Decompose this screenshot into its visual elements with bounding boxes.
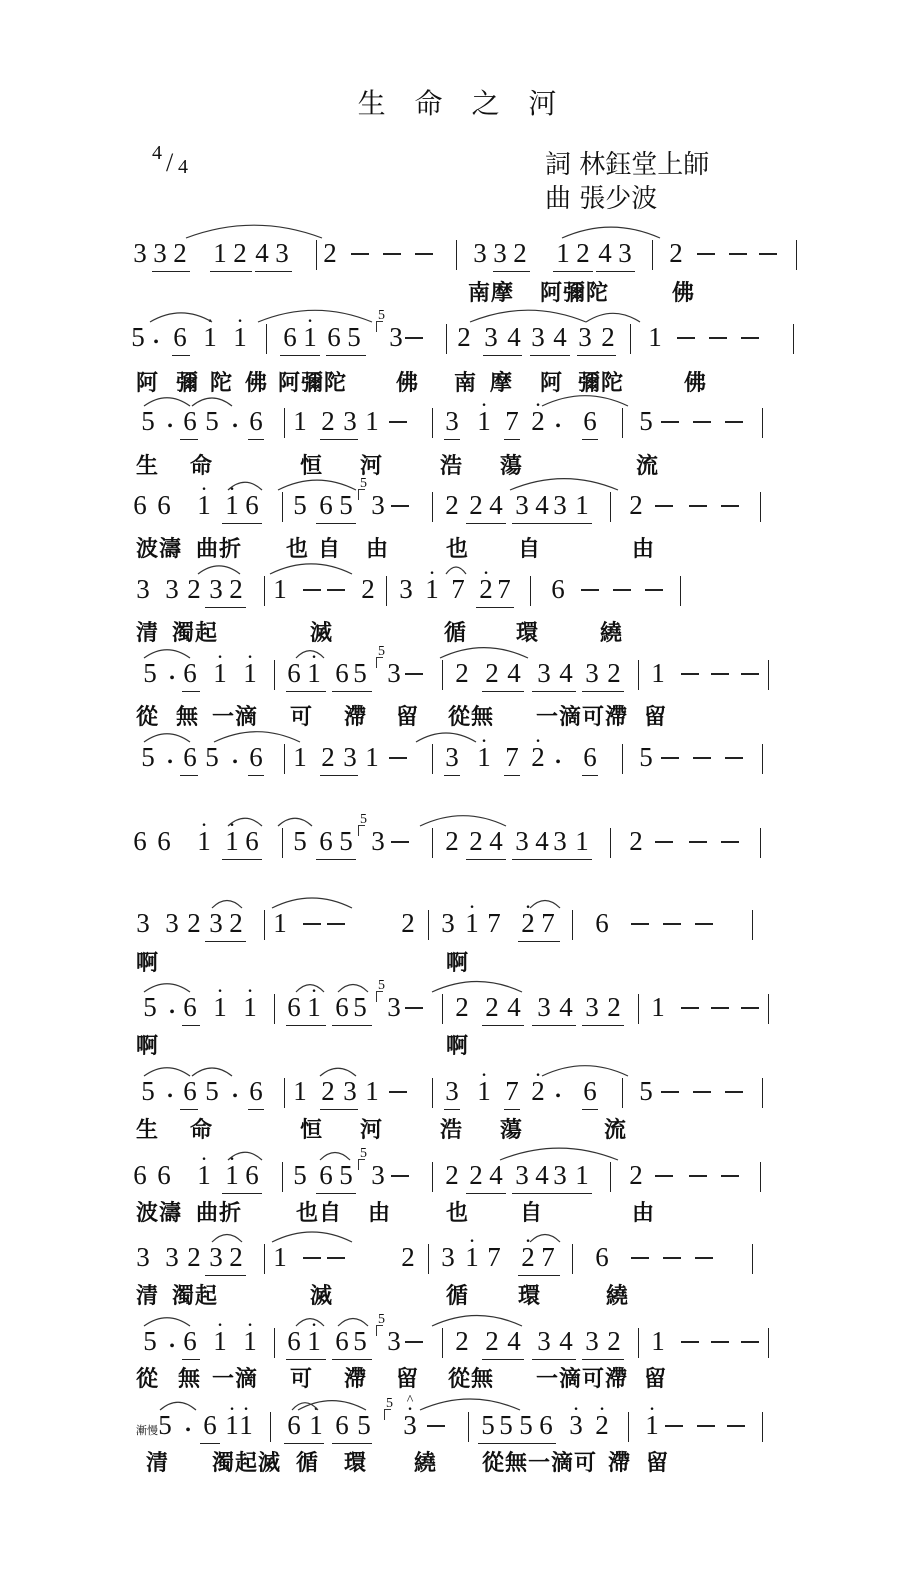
note: 1: [651, 658, 665, 688]
eighth-underline: [222, 859, 262, 860]
lyric-syllable: 繞: [600, 616, 623, 647]
note: 2: [629, 490, 643, 520]
note: 3: [165, 908, 179, 938]
note: 5: [353, 992, 367, 1022]
slur-arc: [212, 1235, 242, 1243]
note: 1·: [465, 908, 479, 938]
note: 5: [499, 1410, 513, 1440]
note: 1·: [203, 322, 217, 352]
eighth-underline: [152, 271, 190, 272]
octave-dot: ·: [428, 568, 435, 578]
note: 6: [173, 322, 187, 352]
note: 3: [441, 908, 455, 938]
eighth-underline: [478, 1443, 516, 1444]
note: 1·: [477, 742, 491, 772]
note: 1·: [233, 322, 247, 352]
note: 6: [183, 742, 197, 772]
sustain-dash: [661, 757, 679, 759]
note: 1: [293, 406, 307, 436]
eighth-underline: [180, 775, 198, 776]
tempo-marking: 漸慢: [136, 1422, 158, 1438]
barline: [762, 408, 763, 438]
sustain-dash: [303, 1257, 321, 1259]
note: 1·: [197, 1160, 211, 1190]
note: 1·: [309, 1410, 323, 1440]
octave-dot: ·: [468, 1236, 475, 1246]
note: 2: [323, 238, 337, 268]
lyric-syllable: 阿: [136, 366, 159, 397]
note: 3: [153, 238, 167, 268]
dotted-rhythm: •: [555, 1082, 561, 1112]
slur-arc: [420, 816, 506, 826]
lyric-syllable: 一滴: [212, 700, 258, 731]
slur-arc: [530, 1235, 560, 1243]
note: 5: [143, 658, 157, 688]
note: 1·: [477, 1076, 491, 1106]
slur-arc: [144, 984, 190, 992]
lyrics-line: 波濤曲折也自由也自由: [0, 1196, 924, 1226]
barline: [760, 828, 761, 858]
sustain-dash: [383, 253, 401, 255]
eighth-underline: [582, 439, 598, 440]
note: 3: [275, 238, 289, 268]
lyrics-line: 生命恒河浩蕩流: [0, 449, 924, 479]
barline: [760, 1162, 761, 1192]
dotted-rhythm: •: [555, 748, 561, 778]
note: 6: [595, 1242, 609, 1272]
song-title: 生 命 之 河: [0, 82, 924, 122]
note: 5: [639, 406, 653, 436]
slur-arc: [586, 313, 640, 322]
note: 4: [559, 992, 573, 1022]
lyric-syllable: 自: [520, 1196, 543, 1227]
barline: [760, 492, 761, 522]
note: 3: [493, 238, 507, 268]
note: 7: [505, 406, 519, 436]
eighth-underline: [516, 1443, 556, 1444]
lyric-syllable: 也: [286, 532, 309, 563]
octave-dot: ·: [236, 316, 243, 326]
note: 6: [287, 1326, 301, 1356]
sustain-dash: [427, 1425, 445, 1427]
barline: [762, 1078, 763, 1108]
eighth-underline: [255, 271, 292, 272]
eighth-underline: [222, 523, 262, 524]
sustain-dash: [725, 421, 743, 423]
lyric-syllable: 陀: [210, 366, 233, 397]
eighth-underline: [512, 859, 552, 860]
lyric-syllable: 繞: [414, 1446, 437, 1477]
lyric-syllable: 環: [518, 1279, 541, 1310]
sustain-dash: [405, 1007, 423, 1009]
lyric-syllable: 流: [604, 1113, 627, 1144]
lyric-syllable: 命: [190, 1113, 213, 1144]
octave-dot: ·: [572, 1404, 579, 1414]
note: 5: [481, 1410, 495, 1440]
sustain-dash: [677, 337, 695, 339]
lyrics-line: 清濁起滅循環繞從無一滴可滯留: [0, 1446, 924, 1476]
eighth-underline: [280, 355, 320, 356]
eighth-underline: [172, 355, 190, 356]
note: 1·: [197, 490, 211, 520]
note: 4: [507, 992, 521, 1022]
note: 1: [365, 1076, 379, 1106]
note: 1: [273, 1242, 287, 1272]
octave-dot: ·: [216, 652, 223, 662]
lyric-syllable: 濁起: [172, 1279, 218, 1310]
sustain-dash: [697, 253, 715, 255]
lyric-syllable: 自: [318, 532, 341, 563]
eighth-underline: [248, 1109, 264, 1110]
fermata-icon: ^: [407, 1396, 414, 1406]
note: 6: [583, 406, 597, 436]
eighth-underline: [248, 775, 264, 776]
note: 4: [535, 826, 549, 856]
lyric-syllable: 留: [396, 1362, 419, 1393]
note: 1: [575, 490, 589, 520]
note: 2·: [531, 1076, 545, 1106]
note: 5: [143, 1326, 157, 1356]
note: 4: [507, 322, 521, 352]
sustain-dash: [741, 337, 759, 339]
barline: [752, 1244, 753, 1274]
note: 6: [287, 658, 301, 688]
note: 5: [158, 1410, 172, 1440]
sustain-dash: [327, 923, 345, 925]
lyric-syllable: 恒: [300, 449, 323, 480]
slur-arc: [270, 564, 352, 574]
octave-dot: ·: [200, 1154, 207, 1164]
barline: [446, 324, 447, 354]
octave-dot: ·: [524, 1236, 531, 1246]
eighth-underline: [180, 439, 198, 440]
note: 6: [249, 742, 263, 772]
dotted-rhythm: •: [169, 1332, 175, 1362]
dotted-rhythm: •: [232, 412, 238, 442]
eighth-underline: [332, 691, 372, 692]
eighth-underline: [512, 523, 552, 524]
note: 3: [578, 322, 592, 352]
sustain-dash: [711, 1007, 729, 1009]
sustain-dash: [389, 757, 407, 759]
eighth-underline: [518, 1275, 560, 1276]
lyric-syllable: 彌: [176, 366, 199, 397]
sustain-dash: [725, 1091, 743, 1093]
note: 1·: [213, 1326, 227, 1356]
sustain-dash: [725, 757, 743, 759]
lyric-syllable: 摩: [490, 366, 513, 397]
lyric-syllable: 滅: [310, 616, 333, 647]
note: 2: [469, 1160, 483, 1190]
note: 3: [515, 1160, 529, 1190]
octave-dot: ·: [228, 1154, 235, 1164]
note: 2: [607, 1326, 621, 1356]
sustain-dash: [681, 1007, 699, 1009]
sustain-dash: [631, 923, 649, 925]
slur-arc: [420, 1399, 520, 1410]
note: 2: [457, 322, 471, 352]
note: 3: [371, 490, 385, 520]
note: 1: [575, 1160, 589, 1190]
slur-arc: [562, 227, 660, 238]
barline: [282, 492, 283, 522]
note: 3: [387, 1326, 401, 1356]
lyric-syllable: 無: [178, 1362, 201, 1393]
eighth-underline: [482, 691, 524, 692]
lyric-syllable: 清: [146, 1446, 169, 1477]
note: 3: [445, 1076, 459, 1106]
octave-dot: ·: [216, 986, 223, 996]
barline: [282, 828, 283, 858]
octave-dot: ·: [228, 820, 235, 830]
note: 1·: [225, 1410, 239, 1440]
barline: [638, 660, 639, 690]
note: 3: [165, 574, 179, 604]
note: 4: [535, 1160, 549, 1190]
slur-arc: [272, 1232, 352, 1242]
sustain-dash: [391, 841, 409, 843]
note: 3: [209, 1242, 223, 1272]
lyrics-line: 生命恒河浩蕩流: [0, 1113, 924, 1143]
lyric-syllable: 清: [136, 616, 159, 647]
sustain-dash: [661, 421, 679, 423]
lyric-syllable: 清: [136, 1279, 159, 1310]
note: 7: [541, 1242, 555, 1272]
note: 1·: [213, 658, 227, 688]
barline: [530, 576, 531, 606]
note: 3: [537, 658, 551, 688]
note: 6: [245, 1160, 259, 1190]
lyric-syllable: 由: [366, 532, 389, 563]
barline: [442, 660, 443, 690]
slur-arc: [542, 396, 628, 406]
note: 3: [343, 742, 357, 772]
note: 2·: [595, 1410, 609, 1440]
slur-arc: [500, 1148, 618, 1160]
note: 3: [209, 908, 223, 938]
lyric-syllable: 浩: [440, 449, 463, 480]
sustain-dash: [327, 1257, 345, 1259]
note: 1·: [307, 1326, 321, 1356]
slur-arc: [416, 733, 476, 742]
sustain-dash: [681, 673, 699, 675]
lyric-syllable: 阿彌陀: [540, 276, 609, 307]
barline: [680, 576, 681, 606]
note: 1: [575, 826, 589, 856]
time-signature-denominator: 4: [178, 156, 188, 179]
sustain-dash: [655, 1175, 673, 1177]
barline: [622, 408, 623, 438]
lyric-syllable: 從無一滴可: [482, 1446, 597, 1477]
barline: [468, 1412, 469, 1442]
eighth-underline: [316, 1193, 356, 1194]
note: 2: [445, 1160, 459, 1190]
note: 1·: [243, 992, 257, 1022]
lyric-syllable: 由: [632, 532, 655, 563]
note: 3: [553, 826, 567, 856]
lyric-syllable: 留: [644, 1362, 667, 1393]
sustain-dash: [391, 1175, 409, 1177]
note: 2: [485, 658, 499, 688]
lyric-syllable: 也: [446, 1196, 469, 1227]
note: 3: [585, 1326, 599, 1356]
eighth-underline: [582, 1109, 598, 1110]
staff-line: 5•65•6123131·72·•65: [0, 742, 924, 802]
lyric-syllable: 可: [290, 1362, 313, 1393]
time-signature-numerator: 4: [152, 142, 162, 165]
sustain-dash: [695, 1257, 713, 1259]
note: 6: [551, 574, 565, 604]
octave-dot: ·: [534, 1070, 541, 1080]
slur-arc: [440, 648, 528, 658]
eighth-underline: [326, 355, 366, 356]
slur-arc: [432, 982, 522, 993]
dotted-rhythm: •: [167, 412, 173, 442]
note: 3: [371, 826, 385, 856]
note: 4: [535, 490, 549, 520]
sustain-dash: [655, 505, 673, 507]
note: 3: [445, 742, 459, 772]
note: 6: [319, 1160, 333, 1190]
eighth-underline: [444, 1109, 460, 1110]
lyric-syllable: 循: [444, 616, 467, 647]
sustain-dash: [351, 253, 369, 255]
eighth-underline: [552, 859, 592, 860]
sustain-dash: [689, 841, 707, 843]
lyric-syllable: 留: [646, 1446, 669, 1477]
note: 3·: [569, 1410, 583, 1440]
eighth-underline: [518, 941, 560, 942]
slur-arc: [542, 1066, 628, 1076]
note: 6: [245, 826, 259, 856]
barline: [274, 994, 275, 1024]
lyric-syllable: 佛: [672, 276, 695, 307]
note: 5: [141, 406, 155, 436]
sustain-dash: [391, 505, 409, 507]
barline: [622, 1078, 623, 1108]
note: 6: [335, 1326, 349, 1356]
note: 6: [203, 1410, 217, 1440]
note: 1: [365, 742, 379, 772]
eighth-underline: [332, 1443, 372, 1444]
eighth-underline: [205, 607, 246, 608]
barline: [610, 828, 611, 858]
lyric-syllable: 波濤: [136, 532, 182, 563]
slur-arc: [320, 1068, 356, 1076]
eighth-underline: [284, 1443, 324, 1444]
barline: [274, 660, 275, 690]
note: 3: [553, 1160, 567, 1190]
note: 1·: [307, 658, 321, 688]
lyric-syllable: 生: [136, 1113, 159, 1144]
sustain-dash: [689, 505, 707, 507]
note: 2: [485, 992, 499, 1022]
slur-arc: [144, 650, 190, 658]
eighth-underline: [582, 775, 598, 776]
lyric-syllable: 從無: [448, 700, 494, 731]
note: 1·: [477, 406, 491, 436]
note: 2: [445, 826, 459, 856]
octave-dot: ·: [310, 986, 317, 996]
eighth-underline: [200, 1443, 220, 1444]
barline: [638, 1328, 639, 1358]
note: 3: [343, 406, 357, 436]
lyric-syllable: 浩: [440, 1113, 463, 1144]
sustain-dash: [693, 757, 711, 759]
note: 2: [455, 992, 469, 1022]
note: 6: [287, 1410, 301, 1440]
barline: [768, 660, 769, 690]
barline: [386, 576, 387, 606]
note: 6: [539, 1410, 553, 1440]
sustain-dash: [681, 1341, 699, 1343]
octave-dot: ·: [524, 902, 531, 912]
lyric-syllable: 生: [136, 449, 159, 480]
lyric-syllable: 南: [454, 366, 477, 397]
lyricist-credit: 詞 林鈺堂上師: [545, 144, 709, 181]
lyric-syllable: 由: [632, 1196, 655, 1227]
note: 4: [507, 658, 521, 688]
eighth-underline: [286, 1359, 326, 1360]
slur-arc: [160, 1402, 196, 1410]
barline: [432, 1078, 433, 1108]
barline: [432, 492, 433, 522]
note: 2: [401, 1242, 415, 1272]
barline: [572, 910, 573, 940]
note: 2: [187, 908, 201, 938]
note: 4: [598, 238, 612, 268]
lyric-syllable: 阿彌陀: [278, 366, 347, 397]
lyric-syllable: 留: [644, 700, 667, 731]
note: 5: [293, 826, 307, 856]
note: 1·: [465, 1242, 479, 1272]
eighth-underline: [248, 439, 264, 440]
barline: [768, 994, 769, 1024]
grace-hook: [376, 657, 383, 668]
note: 4: [559, 658, 573, 688]
note: 2: [607, 658, 621, 688]
note: 5: [519, 1410, 533, 1440]
lyric-syllable: 也: [446, 532, 469, 563]
note: 2: [469, 826, 483, 856]
note: 4: [559, 1326, 573, 1356]
lyric-syllable: 濁起: [172, 616, 218, 647]
sustain-dash: [663, 1257, 681, 1259]
note: 1·: [425, 574, 439, 604]
octave-dot: ·: [206, 316, 213, 326]
sustain-dash: [689, 1175, 707, 1177]
slur-arc: [298, 1401, 366, 1410]
note: 5: [353, 658, 367, 688]
slur-arc: [320, 1153, 350, 1161]
eighth-underline: [552, 1193, 592, 1194]
lyric-syllable: 啊: [136, 1029, 159, 1060]
barline: [284, 1078, 285, 1108]
note: 7: [487, 908, 501, 938]
note: 2·: [531, 742, 545, 772]
octave-dot: ·: [480, 736, 487, 746]
note: 1: [293, 742, 307, 772]
note: 1·: [243, 1326, 257, 1356]
lyrics-line: 清濁起滅循環繞: [0, 1279, 924, 1309]
note: 5: [205, 742, 219, 772]
eighth-underline: [444, 439, 460, 440]
note: 3: [585, 992, 599, 1022]
sustain-dash: [405, 673, 423, 675]
sustain-dash: [721, 505, 739, 507]
barline: [442, 1328, 443, 1358]
eighth-underline: [493, 271, 530, 272]
